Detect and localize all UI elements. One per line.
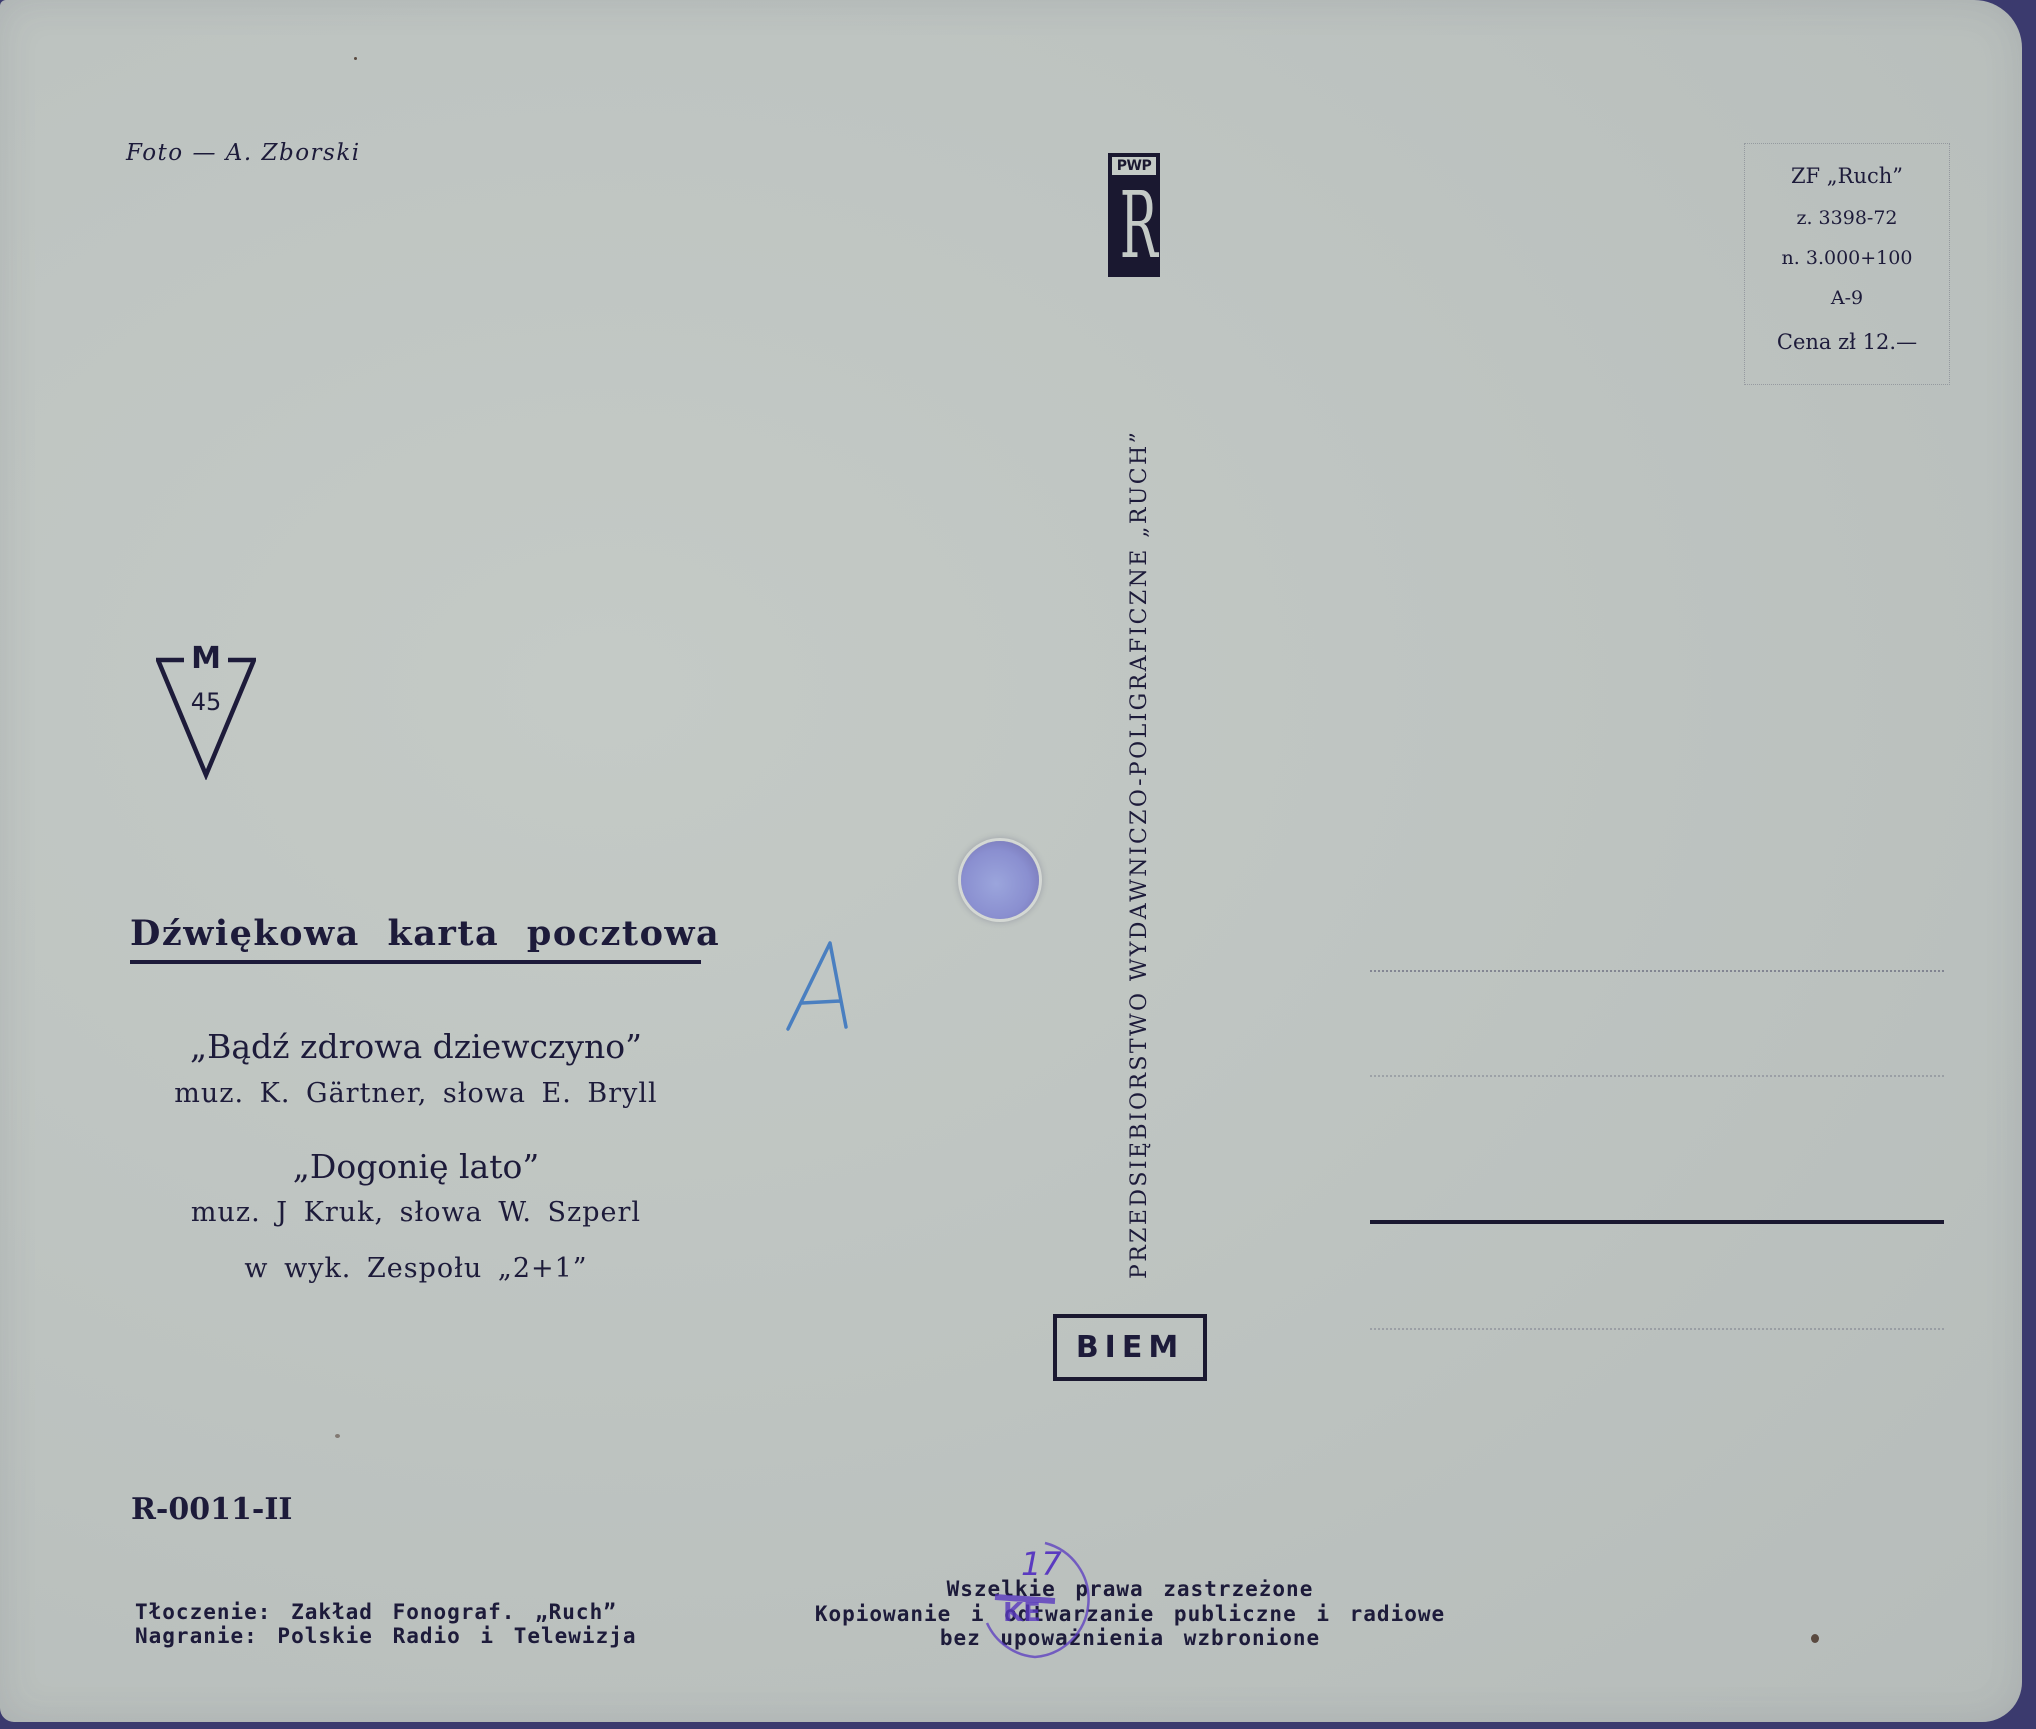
handwritten-mark — [780, 935, 870, 1035]
pwp-logo-letter: R — [1120, 179, 1149, 273]
biem-logo: BIEM — [1053, 1314, 1207, 1381]
pwp-ruch-logo-icon: PWP R — [1108, 153, 1160, 277]
postcard: Foto — A. Zborski PWP R PRZEDSIĘBIORSTWO… — [0, 0, 2022, 1722]
rights-line-1: Wszelkie prawa zastrzeżone — [780, 1577, 1480, 1601]
pressing-credit: Tłoczenie: Zakład Fonograf. „Ruch” — [135, 1600, 617, 1624]
paper-speck — [1811, 1634, 1819, 1643]
performer: w wyk. Zespołu „2+1” — [130, 1253, 702, 1284]
address-line-1 — [1370, 970, 1944, 972]
address-line-2 — [1370, 1075, 1944, 1077]
title-underline — [130, 960, 701, 964]
catalog-number: R-0011-II — [131, 1492, 292, 1527]
ink-stamp: 17 KE — [975, 1535, 1105, 1665]
rights-line-2: Kopiowanie i odtwarzanie publiczne i rad… — [780, 1602, 1480, 1626]
price-line-price: Cena zł 12.— — [1745, 330, 1949, 354]
spindle-hole — [961, 841, 1039, 919]
speed-mark-rpm: 45 — [156, 688, 256, 716]
recording-credit: Nagranie: Polskie Radio i Telewizja — [135, 1624, 637, 1648]
song-2-credits: muz. J Kruk, słowa W. Szperl — [130, 1197, 702, 1228]
stamp-number: 17 — [1021, 1545, 1062, 1583]
card-title: Dźwiękowa karta pocztowa — [130, 913, 720, 954]
price-box: ZF „Ruch” z. 3398-72 n. 3.000+100 A-9 Ce… — [1744, 143, 1950, 385]
photo-credit: Foto — A. Zborski — [126, 140, 361, 166]
address-line-3 — [1370, 1220, 1944, 1224]
price-line-printer: ZF „Ruch” — [1745, 164, 1949, 188]
price-line-order: z. 3398-72 — [1745, 207, 1949, 229]
paper-speck — [335, 1434, 340, 1438]
paper-speck — [354, 57, 357, 60]
speed-mark-letter: M — [156, 641, 256, 676]
price-line-run: n. 3.000+100 — [1745, 247, 1949, 269]
publisher-vertical-text: PRZEDSIĘBIORSTWO WYDAWNICZO-POLIGRAFICZN… — [1127, 312, 1152, 1279]
song-1-credits: muz. K. Gärtner, słowa E. Bryll — [130, 1078, 702, 1109]
speed-triangle-icon: M 45 — [156, 645, 256, 780]
song-2-title: „Dogonię lato” — [130, 1147, 702, 1186]
song-1-title: „Bądź zdrowa dziewczyno” — [130, 1027, 702, 1066]
rights-line-3: bez upoważnienia wzbronione — [780, 1626, 1480, 1650]
stamp-initials: KE — [1003, 1598, 1041, 1628]
address-line-4 — [1370, 1328, 1944, 1330]
price-line-code: A-9 — [1745, 287, 1949, 309]
